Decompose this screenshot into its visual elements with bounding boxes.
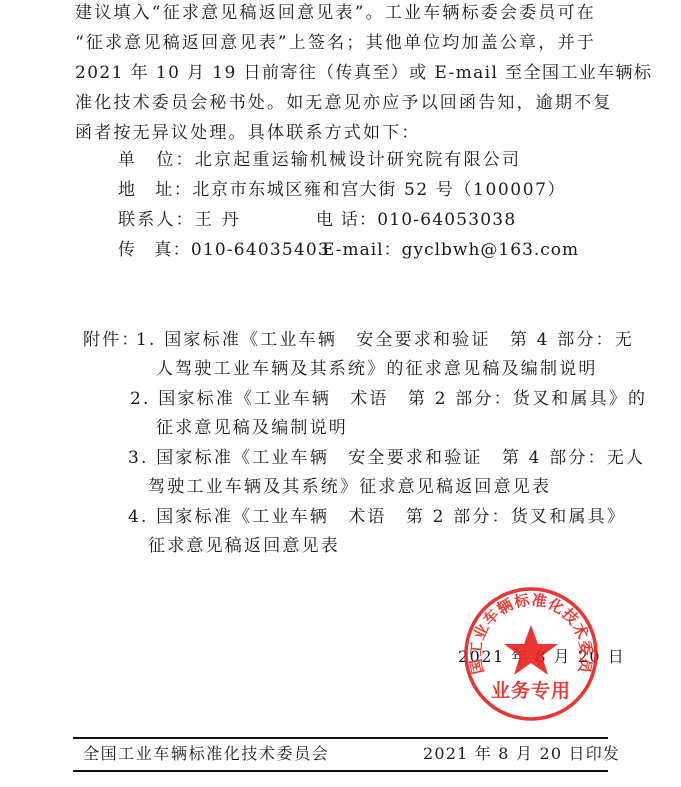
attachment-item-2-cont: 征求意见稿及编制说明	[156, 418, 348, 438]
contact-phone: 电 话：010-64053038	[316, 210, 516, 230]
contact-label: 联系人：	[118, 210, 195, 230]
svg-text:业务专用: 业务专用	[491, 679, 571, 702]
contact-fax-row: 传 真：010-64035403	[118, 240, 330, 260]
phone-value: 010-64053038	[377, 210, 516, 230]
attachment-item-3: 3. 国家标准《工业车辆 安全要求和验证 第 4 部分：无人	[128, 448, 645, 468]
attachment-item-3-cont: 驾驶工业车辆及其系统》征求意见稿返回意见表	[148, 477, 551, 497]
attachment-item-1: 1. 国家标准《工业车辆 安全要求和验证 第 4 部分：无	[136, 330, 634, 350]
email-label: E-mail：	[322, 240, 402, 260]
official-seal-icon: 全国工业车辆标准化技术委员会 业务专用	[462, 585, 600, 723]
contact-unit-row: 单 位：北京起重运输机械设计研究院有限公司	[118, 150, 521, 170]
phone-label: 电 话：	[316, 210, 377, 230]
email-link[interactable]: gyclbwh@163.com	[402, 240, 580, 260]
attachment-item-1-cont: 人驾驶工业车辆及其系统》的征求意见稿及编制说明	[156, 359, 598, 379]
contact-person-row: 联系人：王 丹	[118, 210, 241, 230]
contact-value: 王 丹	[195, 210, 241, 230]
footer-bottom-rule	[73, 770, 608, 772]
fax-label: 传 真：	[118, 240, 191, 260]
attachments-label: 附件：	[83, 330, 141, 350]
attachment-item-2: 2. 国家标准《工业车辆 术语 第 2 部分：货叉和属具》的	[130, 389, 647, 409]
address-value: 北京市东城区雍和宫大街 52 号（100007）	[192, 180, 566, 200]
contact-address-row: 地 址：北京市东城区雍和宫大街 52 号（100007）	[118, 180, 566, 200]
paragraph-line: 建议填入“征求意见稿返回意见表”。工业车辆标委会委员可在	[75, 3, 596, 23]
footer-top-rule	[73, 737, 608, 739]
attachment-item-4: 4. 国家标准《工业车辆 术语 第 2 部分：货叉和属具》	[128, 507, 626, 527]
paragraph-line: 函者按无异议处理。具体联系方式如下：	[75, 123, 421, 143]
footer-issue-date: 2021 年 8 月 20 日印发	[423, 744, 620, 764]
paragraph-line: “征求意见稿返回意见表”上签名；其他单位均加盖公章，并于	[75, 33, 596, 53]
attachment-item-4-cont: 征求意见稿返回意见表	[148, 536, 340, 556]
paragraph-line: 2021 年 10 月 19 日前寄往（传真至）或 E-mail 至全国工业车辆…	[75, 63, 652, 83]
footer-issuer: 全国工业车辆标准化技术委员会	[83, 744, 329, 764]
address-label: 地 址：	[118, 180, 192, 200]
unit-value: 北京起重运输机械设计研究院有限公司	[195, 150, 521, 170]
paragraph-line: 准化技术委员会秘书处。如无意见亦应予以回函告知，逾期不复	[75, 93, 613, 113]
fax-value: 010-64035403	[191, 240, 330, 260]
unit-label: 单 位：	[118, 150, 195, 170]
contact-email: E-mail：gyclbwh@163.com	[322, 240, 579, 260]
